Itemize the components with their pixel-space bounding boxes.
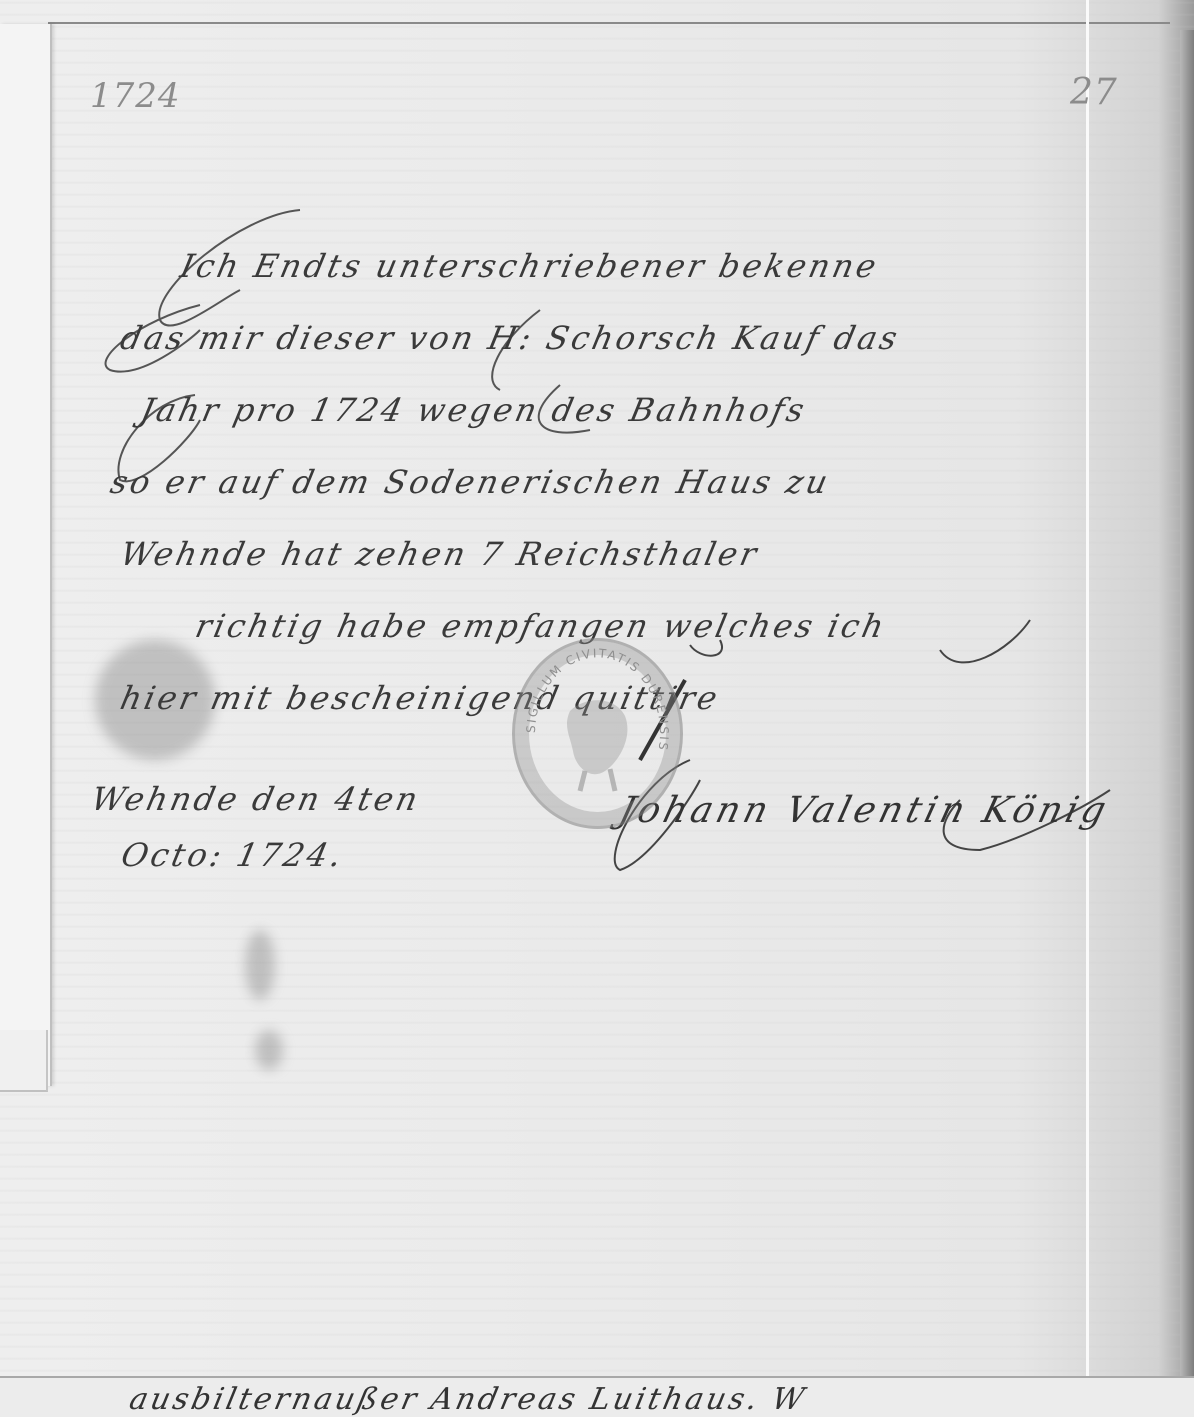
text-line: so er auf dem Sodenerischen Haus zu — [92, 451, 1127, 523]
next-page-text-fragment: ausbilternaußer Andreas Luithaus. W — [126, 1382, 810, 1417]
binding-flap-corner — [0, 1030, 48, 1092]
text-line: Jahr pro 1724 wegen des Bahnhofs — [92, 379, 1127, 451]
date-block: Wehnde den 4ten Octo: 1724. — [90, 780, 418, 892]
place-date-line: Wehnde den 4ten — [84, 780, 424, 836]
text-line: Ich Endts unterschriebener bekenne — [92, 235, 1127, 307]
month-year-line: Octo: 1724. — [114, 836, 424, 892]
page-right-edge-shadow — [1180, 30, 1194, 1417]
ink-blot — [245, 930, 275, 1000]
page-top-edge — [48, 22, 1170, 24]
signature: Johann Valentin König — [615, 790, 1114, 831]
seal-lion-icon: SIGILLUM CIVITATIS DURENSIS — [515, 641, 680, 826]
pencil-year-annotation: 1724 — [90, 76, 181, 116]
scanned-page: 1724 27 Ich Endts unterschriebener beken… — [0, 0, 1194, 1417]
pencil-page-number: 27 — [1070, 72, 1118, 113]
text-line: Wehnde hat zehen 7 Reichsthaler — [92, 523, 1127, 595]
city-seal-stamp: SIGILLUM CIVITATIS DURENSIS — [512, 638, 683, 829]
binding-flap — [0, 24, 52, 1086]
text-line: das mir dieser von H: Schorsch Kauf das — [92, 307, 1127, 379]
ink-blot — [255, 1030, 283, 1070]
